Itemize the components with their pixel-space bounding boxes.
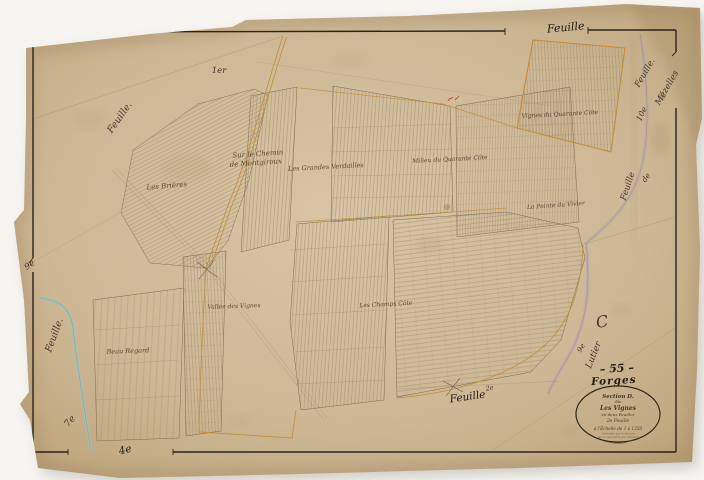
- cartouche-name: Les Vignes: [599, 405, 637, 412]
- cartouche-dite: dite: [615, 400, 622, 404]
- cartouche-scale: à l'Échelle de 1 à 1250: [594, 426, 643, 431]
- parcel-block-vallee-cuts: [183, 251, 226, 436]
- parcel-block-milieu: [331, 86, 453, 222]
- parcel-block-bottom-center: [290, 216, 389, 410]
- lieu-dit-beau-regard: Beau Regard: [105, 346, 149, 356]
- sheet-mark-top-left-number: 1er: [212, 66, 227, 76]
- cartouche-feuilles: en deux Feuilles: [601, 412, 634, 417]
- cartouche-note2: par le Géomètre du cadastre: [598, 435, 639, 439]
- scanned-cadastral-map: Feuille Feuille. 1er Feuille. Mézelles 1…: [0, 0, 704, 480]
- cartouche-feuille: 2e Feuille: [606, 418, 630, 424]
- parcel-block-beau-regard: [93, 288, 184, 441]
